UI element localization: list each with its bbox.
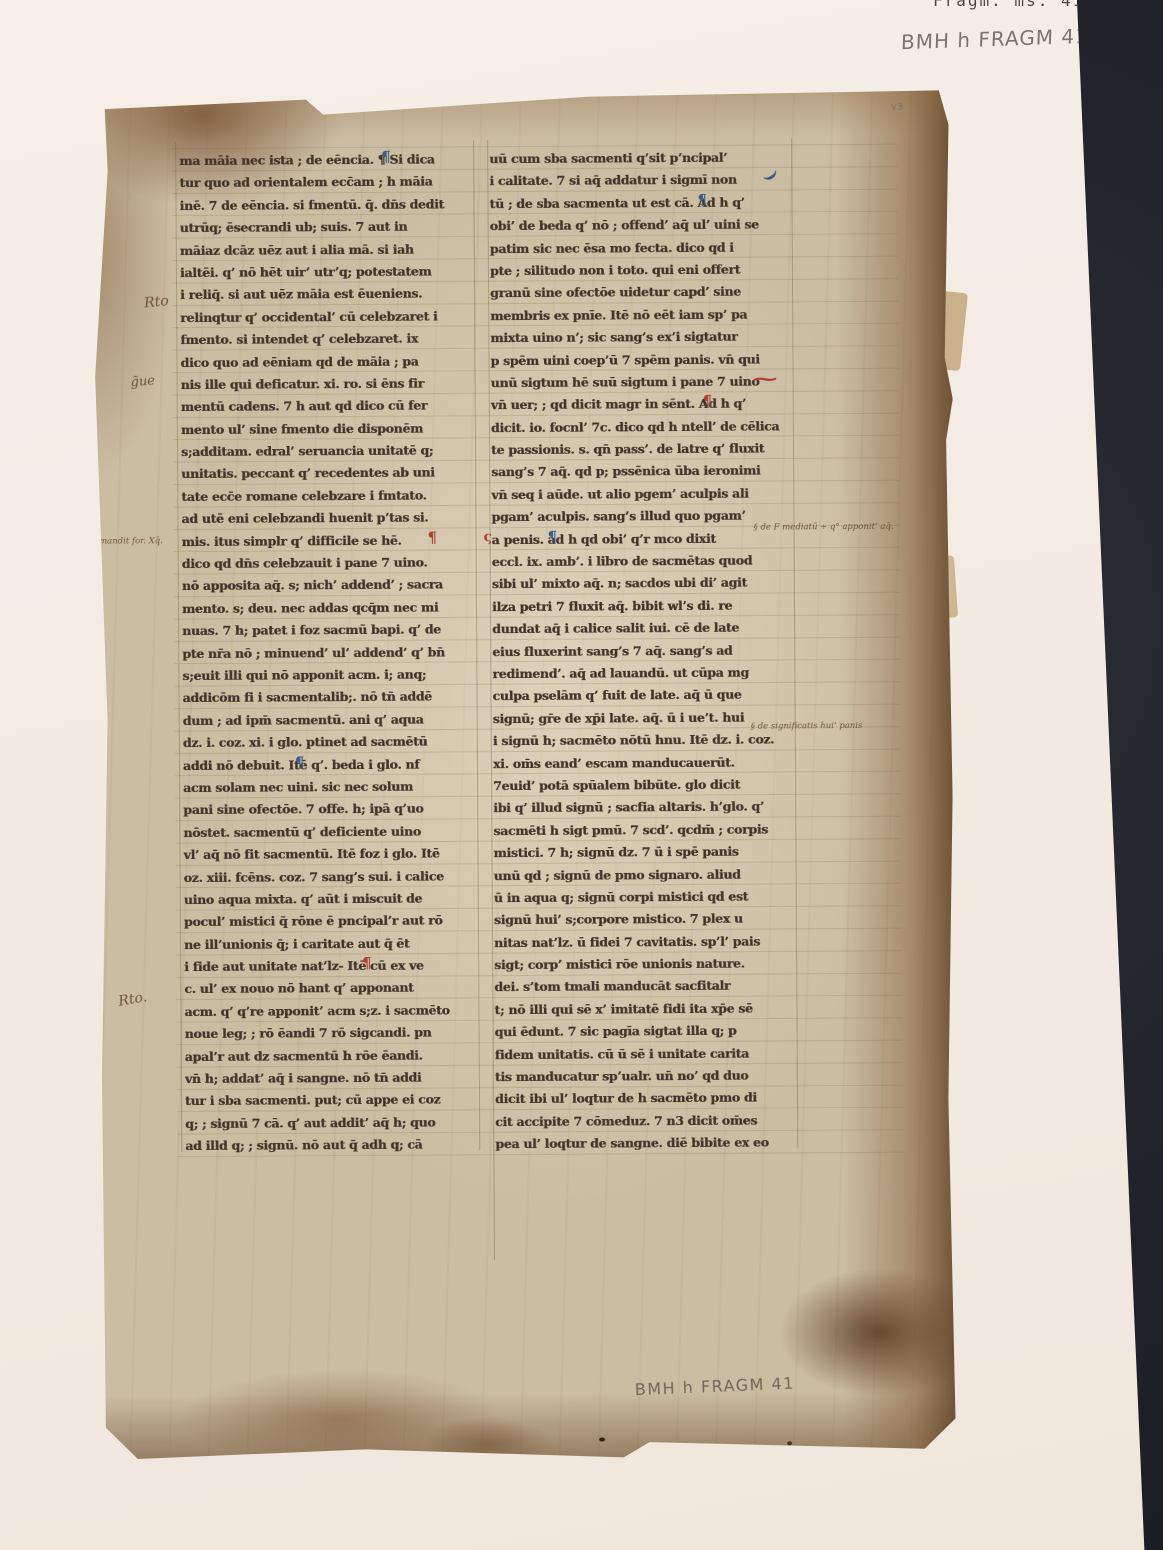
manuscript-text-line: s;additam. edral’ seruancia unitatē q; [181,439,477,463]
manuscript-text-line: te passionis. s. qn̄ pass’. de latre q’ … [491,437,787,461]
manuscript-text-line: pea ul’ loqtur de sangne. diē bibite ex … [495,1132,791,1156]
manuscript-text-line: i reliq̄. si aut uēz māia est ēueniens. [180,283,476,307]
manuscript-text-line: dum ; ad ipm̄ sacmentū. ani q’ aqua [183,708,479,732]
manuscript-text-line: tū ; de sba sacmenta ut est cā. Ad h q’ [489,191,785,215]
manuscript-text-line: p spēm uini coep’ū 7 spēm panis. vn̄ qui [490,348,786,372]
manuscript-text-line: pte nr̄a nō ; minuend’ ul’ addend’ q’ bn… [182,641,478,665]
manuscript-text-line: dicit. io. focnl’ 7c. dico qd h ntell’ d… [491,415,787,439]
manuscript-text-line: fidem unitatis. cū ū sē i unitate carita [495,1042,791,1066]
manuscript-text-line: ad illd q; ; signū. nō aut q̄ adh q; cā [185,1133,481,1157]
paraph-mark-blue: ¶ [381,147,391,167]
manuscript-text-line: obi’ de beda q’ nō ; offend’ aq̄ ul’ uin… [490,214,786,238]
manuscript-text-line: signū; gr̄e de xp̄i late. aq̄. ū i ue’t.… [493,706,789,730]
manuscript-text-line: patim sic nec ēsa mo fecta. dico qd i [490,236,786,260]
manuscript-text-line: i signū h; sacmēto nōtū hnu. Itē dz. i. … [493,729,789,753]
manuscript-text-line: addicōm fi i sacmentalib;. nō tn̄ addē [182,686,478,710]
manuscript-text-line: apal’r aut dz sacmentū h rōe ēandi. [185,1044,481,1068]
manuscript-text-line: xi. om̄s eand’ escam manducauerūt. [493,751,789,775]
paraph-mark-red: ¶ [428,527,438,547]
manuscript-text-line: nis ille qui deficatur. xi. ro. si ēns f… [181,372,477,396]
manuscript-text-line: nō apposita aq̄. s; nich’ addend’ ; sacr… [182,574,478,598]
marginal-note: Rto. [117,989,148,1009]
manuscript-text-line: oz. xiii. fcēns. coz. 7 sang’s sui. i ca… [184,865,480,889]
manuscript-text-line: i fide aut unitate nat’lz- Itē cū ex ve [184,954,480,978]
manuscript-text-line: dico qd dn̄s celebzauit i pane 7 uino. [182,551,478,575]
right-column: uū cum sba sacmenti q’sit p’ncipal’i cal… [489,146,791,1155]
manuscript-text-line: mentū cadens. 7 h aut qd dico cū fer [181,395,477,419]
manuscript-text-line: inē. 7 de eēncia. si fmentū. q̄. dn̄s de… [179,193,475,217]
manuscript-text-line: eccl. ix. amb’. i libro de sacmētas quod [492,549,788,573]
manuscript-text-line: q; ; signū 7 cā. q’ aut addit’ aq̄ h; qu… [185,1111,481,1135]
manuscript-text-line: dz. i. coz. xi. i glo. ptinet ad sacmētū [183,730,479,754]
manuscript-text-line: sacmēti h sigt pmū. 7 scd’. qcdm̄ ; corp… [493,818,789,842]
manuscript-text-line: vn̄ seq i aūde. ut alio pgem’ aculpis al… [491,482,787,506]
manuscript-text-line: ibi q’ illud signū ; sacfia altaris. h’g… [493,796,789,820]
manuscript-text-line: pgam’ aculpis. sang’s illud quo pgam’ [491,505,787,529]
manuscript-text-line: tis manducatur sp’ualr. un̄ no’ qd duo [495,1064,791,1088]
manuscript-text-line: ilza petri 7 fluxit aq̄. bibit wl’s di. … [492,594,788,618]
manuscript-text-line: signū hui’ s;corpore mistico. 7 plex u [494,908,790,932]
manuscript-text-line: ma māia nec ista ; de eēncia. ¶ Si dica [179,148,475,172]
parchment-leaf: ma māia nec ista ; de eēncia. ¶ Si dicat… [91,83,959,1460]
paraph-mark-red: ¶ [362,953,372,973]
manuscript-text-line: addi nō debuit. Itē q’. beda i glo. nf [183,753,479,777]
manuscript-text-line: māiaz dcāz uēz aut i alia mā. si iah [180,238,476,262]
manuscript-text-line: sang’s 7 aq̄. qd p; pssēnica ūba ieronim… [491,460,787,484]
manuscript-text-line: 7euid’ potā spūalem bibūte. glo dicit [493,773,789,797]
manuscript-text-line: mixta uino n’; sic sang’s ex’i sigtatur [490,326,786,350]
manuscript-text-line: dico quo ad eēniam qd de māia ; pa [180,350,476,374]
manuscript-text-line: cit accipite 7 cōmeduz. 7 n3 dicit om̄es [495,1109,791,1133]
left-column: ma māia nec ista ; de eēncia. ¶ Si dicat… [179,148,481,1157]
manuscript-text-line: uino aqua mixta. q’ aūt i miscuit de [184,887,480,911]
manuscript-text-line: s;euit illi qui nō apponit acm. i; anq; [182,663,478,687]
marginal-note: gmandit for. Xq̄. [94,536,254,547]
ink-speck [787,1441,792,1445]
manuscript-text-line: pocul’ mistici q̄ rōne ē pncipal’r aut r… [184,910,480,934]
folio-pencil-mark: v3 [891,102,903,113]
manuscript-text-line: nitas nat’lz. ū fidei 7 cavitatis. sp’l’… [494,930,790,954]
manuscript-text-line: utrūq; ēsecrandi ub; suis. 7 aut in [180,215,476,239]
paraph-mark-red: ¶ [703,391,713,411]
manuscript-text-line: dicit ibi ul’ loqtur de h sacmēto pmo di [495,1087,791,1111]
marginal-note: Rto [143,293,169,312]
manuscript-text-line: vn̄ uer; ; qd dicit magr in sēnt. Ad h q… [491,393,787,417]
manuscript-text-line: dundat aq̄ i calice salit iui. cē de lat… [492,617,788,641]
manuscript-text-line: noue leg; ; rō ēandi 7 rō sigcandi. pn [185,1022,481,1046]
manuscript-text-line: pte ; silitudo non i toto. qui eni offer… [490,258,786,282]
manuscript-text-line: tur i sba sacmenti. put; cū appe ei coz [185,1089,481,1113]
paraph-mark-blue: ¶ [295,752,305,772]
manuscript-text-line: unū sigtum hē suū sigtum i pane 7 uino [491,370,787,394]
manuscript-text-line: ne ill’unionis q̄; i caritate aut q̄ ēt [184,932,480,956]
manuscript-text-line: unū qd ; signū de pmo signaro. aliud [494,863,790,887]
marginal-note: g̃ue [130,373,155,390]
manuscript-text-line: vn̄ h; addat’ aq̄ i sangne. nō tn̄ addi [185,1066,481,1090]
manuscript-text-line: uū cum sba sacmenti q’sit p’ncipal’ [489,146,785,170]
photograph-of-manuscript-fragment: Fragm. ms. 41 BMH h FRAGM 41 ma māia nec… [0,0,1163,1550]
manuscript-text-line: dei. s’tom tmali manducāt sacfitalr [494,975,790,999]
pencil-catalog-label: BMH h FRAGM 41 [901,24,1090,55]
ink-speck [599,1438,605,1442]
manuscript-text-line: sibi ul’ mixto aq̄. n; sacdos ubi di’ ag… [492,572,788,596]
manuscript-text-line: eius fluxerint sang’s 7 aq̄. sang’s ad [492,639,788,663]
manuscript-text-line: c. ul’ ex nouo nō hant q’ apponant [184,977,480,1001]
manuscript-text-line: mento. s; deu. nec addas qcq̄m nec mi [182,596,478,620]
manuscript-text-line: t; nō illi qui sē x’ imitatē fidi ita xp… [494,997,790,1021]
manuscript-text-line: mento ul’ sine fmento die disponēm [181,417,477,441]
paraph-mark-red: ~ [750,368,780,388]
manuscript-text-line: membris ex pnīe. Itē nō eēt iam sp’ pa [490,303,786,327]
manuscript-text-line: tur quo ad orientalem ecc̄am ; h māia [179,171,475,195]
manuscript-text-line: relinqtur q’ occidental’ cū celebzaret i [180,305,476,329]
paraph-mark-blue: ¶ [548,527,558,547]
marginal-note: § de significatis hui’ panis [751,721,931,732]
manuscript-text-line: sigt; corp’ mistici rōe unionis nature. [494,952,790,976]
pencil-catalog-inscription: BMH h FRAGM 41 [634,1374,795,1400]
paraph-mark-red: ς [484,527,493,547]
manuscript-text-line: ialtēi. q’ nō hēt uir’ utr’q; potestatem [180,260,476,284]
manuscript-text-line: a penis. ad h qd obi’ q’r mco dixit [492,527,788,551]
manuscript-text-line: redimend’. aq̄ ad lauandū. ut cūpa mg [492,661,788,685]
manuscript-text-line: fmento. si intendet q’ celebzaret. ix [180,327,476,351]
manuscript-text-line: nuas. 7 h; patet i foz sacmū bapi. q’ de [182,618,478,642]
manuscript-text-line: granū sine ofectōe uidetur capd’ sine [490,281,786,305]
manuscript-text-line: acm. q’ q’re apponit’ acm s;z. i sacmēto [184,999,480,1023]
manuscript-text-line: pani sine ofectōe. 7 offe. h; ipā q’uo [183,798,479,822]
manuscript-text-line: unitatis. peccant q’ recedentes ab uni [181,462,477,486]
typed-catalog-label: Fragm. ms. 41 [933,0,1084,10]
manuscript-text-line: qui ēdunt. 7 sic pagīa sigtat illa q; p [495,1020,791,1044]
paraph-mark-blue: ¶ [697,190,707,210]
manuscript-text-line: mistici. 7 h; signū dz. 7 ū i spē panis [493,840,789,864]
manuscript-text-line: acm solam nec uini. sic nec solum [183,775,479,799]
manuscript-text-line: nōstet. sacmentū q’ deficiente uino [183,820,479,844]
manuscript-text-line: vl’ aq̄ nō fit sacmentū. Itē foz i glo. … [183,842,479,866]
marginal-note: § de F mediatū ÷ q° apponit’ aq̄. [753,521,949,532]
manuscript-text-line: ū in aqua q; signū corpi mistici qd est [494,885,790,909]
manuscript-text-line: i calitate. 7 si aq̄ addatur i sigmī non [489,169,785,193]
manuscript-text-line: tate ecc̄e romane celebzare i fmtato. [181,484,477,508]
manuscript-text-line: culpa pselām q’ fuit de late. aq̄ ū que [492,684,788,708]
